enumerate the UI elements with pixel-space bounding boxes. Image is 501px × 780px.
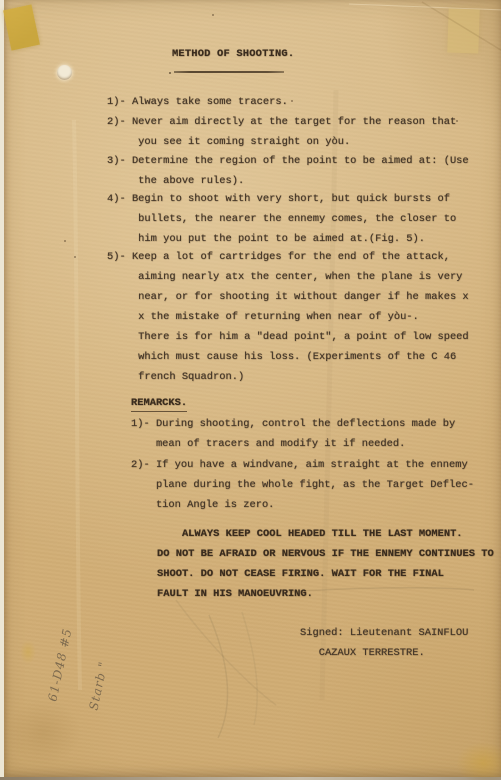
document-scan: METHOD OF SHOOTING. 1)- Always take some… xyxy=(0,0,501,780)
ink-speck xyxy=(291,100,293,102)
title-underline xyxy=(174,71,284,73)
remarks-item-1: 1)- During shooting, control the deflect… xyxy=(131,414,455,454)
stain-bottom-left xyxy=(6,700,81,765)
title-underline-dot xyxy=(169,72,171,74)
stain-bottom-right xyxy=(456,742,501,780)
list-item-5: 5)- Keep a lot of cartridges for the end… xyxy=(107,247,469,387)
list-item-4: 4)- Begin to shoot with very short, but … xyxy=(107,189,456,249)
ink-speck xyxy=(456,120,458,122)
signature-block: Signed: Lieutenant SAINFLOU CAZAUX TERRE… xyxy=(300,623,468,663)
ink-speck xyxy=(212,14,214,16)
marginalia-line-2: Starb " xyxy=(86,635,115,711)
warning-text: ALWAYS KEEP COOL HEADED TILL THE LAST MO… xyxy=(157,524,494,604)
remarks-item-2: 2)- If you have a windvane, aim straight… xyxy=(131,455,474,515)
list-item-3: 3)- Determine the region of the point to… xyxy=(107,151,469,191)
list-item-1: 1)- Always take some tracers. xyxy=(107,92,288,112)
marginalia-line-1: 61-D48 #5 xyxy=(45,627,74,703)
ink-speck xyxy=(64,240,66,242)
paper-sheet: METHOD OF SHOOTING. 1)- Always take some… xyxy=(4,0,501,777)
remarks-heading: REMARCKS. xyxy=(131,396,187,412)
ink-speck xyxy=(74,256,76,258)
list-item-2: 2)- Never aim directly at the target for… xyxy=(107,112,456,152)
document-title: METHOD OF SHOOTING. xyxy=(172,48,294,61)
